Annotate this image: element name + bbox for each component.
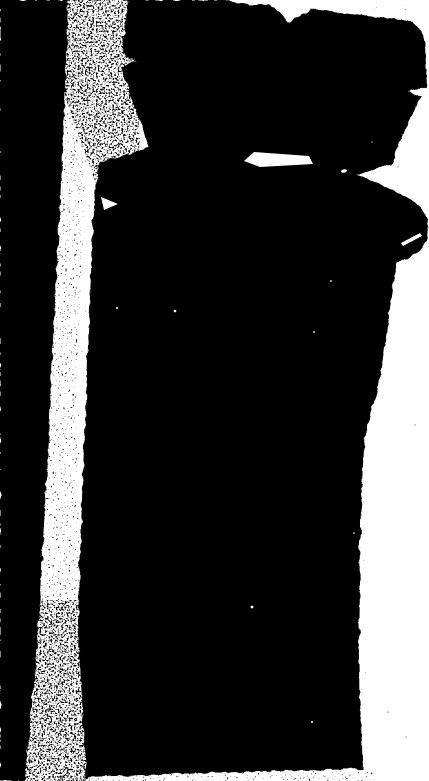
pinhole-speck xyxy=(251,606,254,609)
bottle-photo-svg xyxy=(0,0,429,781)
strip-grain xyxy=(42,0,104,781)
stray-dot xyxy=(371,141,373,143)
pinhole-speck xyxy=(313,331,315,333)
pinhole-speck xyxy=(311,721,313,723)
pinhole-speck xyxy=(174,310,177,313)
stray-dot xyxy=(414,424,415,425)
pinhole-speck xyxy=(330,280,332,282)
stray-dot xyxy=(397,166,398,167)
cap-top-grain xyxy=(336,0,408,12)
right-edge-grain xyxy=(352,430,366,770)
pinhole-speck xyxy=(116,307,118,309)
stray-dot xyxy=(405,736,406,737)
stray-dot xyxy=(387,711,389,713)
photo xyxy=(0,0,429,781)
